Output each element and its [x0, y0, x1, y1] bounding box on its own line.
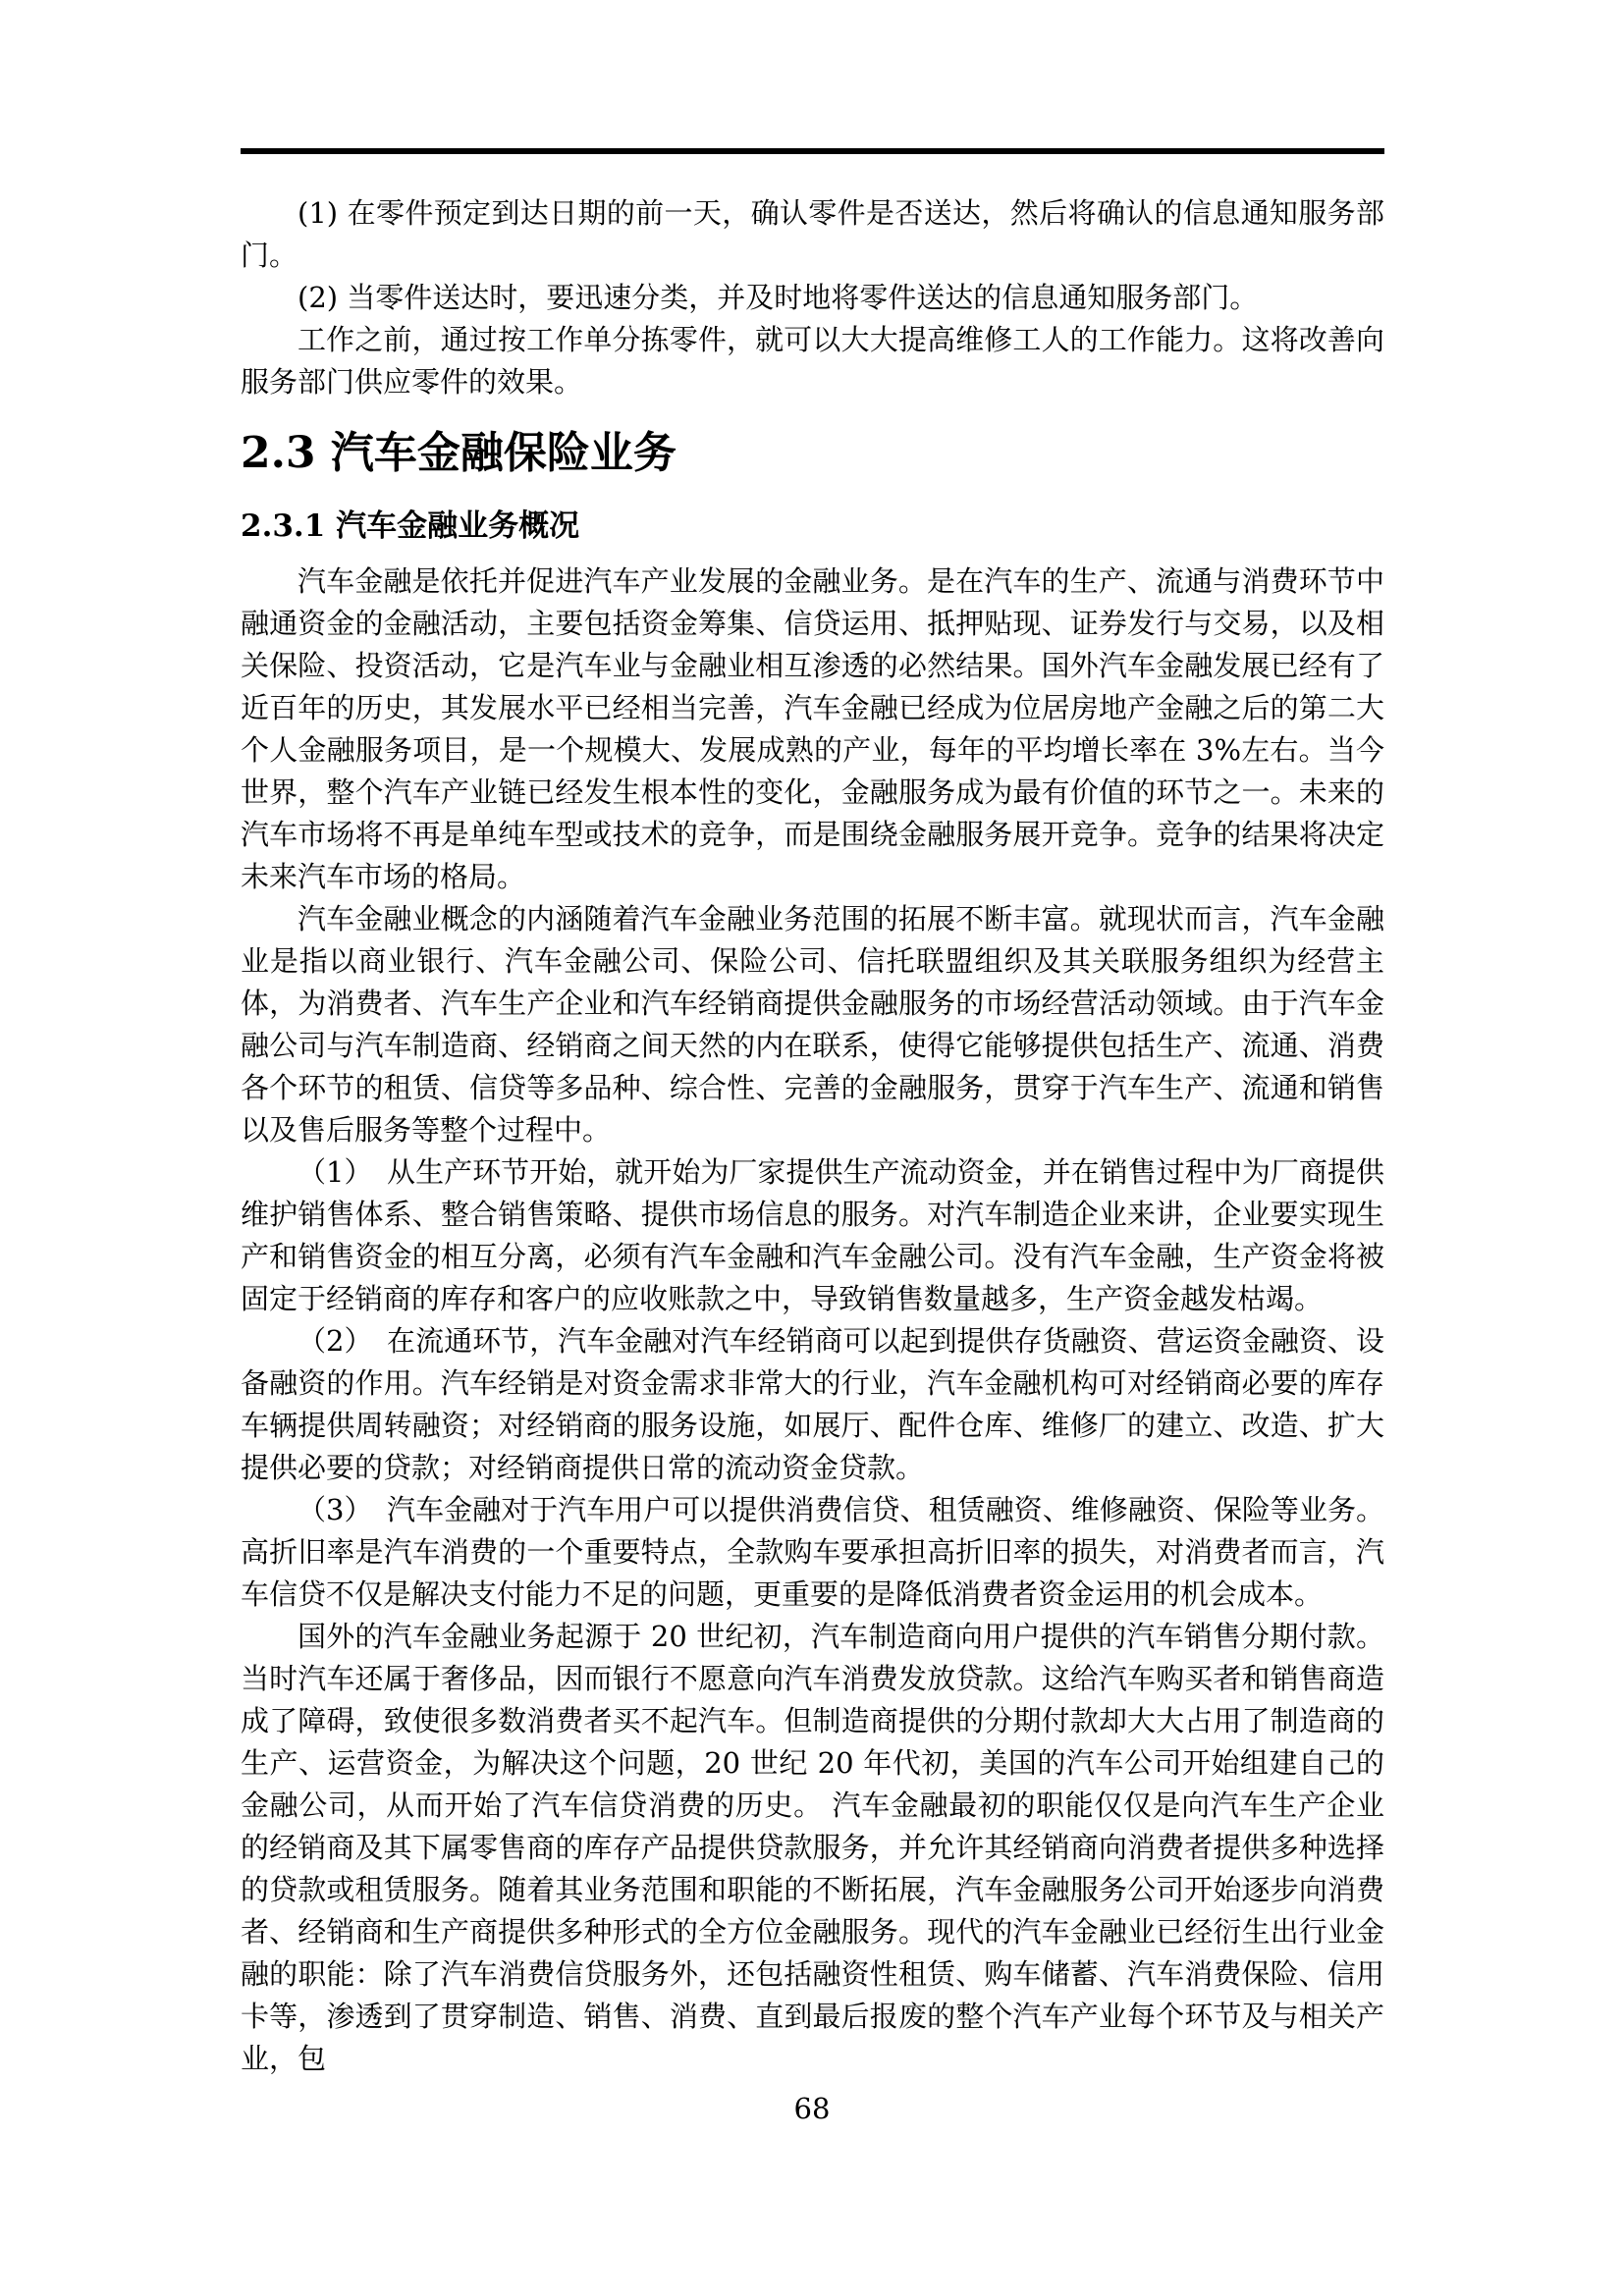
- header-rule-divider: [241, 148, 1384, 154]
- body-paragraph-3: （1） 从生产环节开始，就开始为厂家提供生产流动资金，并在销售过程中为厂商提供维…: [241, 1151, 1384, 1320]
- body-paragraph-2: 汽车金融业概念的内涵随着汽车金融业务范围的拓展不断丰富。就现状而言，汽车金融业是…: [241, 898, 1384, 1151]
- body-paragraph-6: 国外的汽车金融业务起源于 20 世纪初，汽车制造商向用户提供的汽车销售分期付款。…: [241, 1616, 1384, 2080]
- body-paragraph-4: （2） 在流通环节，汽车金融对汽车经销商可以起到提供存货融资、营运资金融资、设备…: [241, 1320, 1384, 1489]
- intro-paragraph-2: (2) 当零件送达时，要迅速分类，并及时地将零件送达的信息通知服务部门。: [241, 277, 1384, 319]
- section-heading: 2.3 汽车金融保险业务: [241, 425, 1384, 482]
- body-paragraph-5: （3） 汽车金融对于汽车用户可以提供消费信贷、租赁融资、维修融资、保险等业务。高…: [241, 1489, 1384, 1616]
- intro-paragraph-1: (1) 在零件预定到达日期的前一天，确认零件是否送达，然后将确认的信息通知服务部…: [241, 192, 1384, 277]
- body-paragraph-1: 汽车金融是依托并促进汽车产业发展的金融业务。是在汽车的生产、流通与消费环节中融通…: [241, 561, 1384, 898]
- subsection-heading: 2.3.1 汽车金融业务概况: [241, 506, 1384, 547]
- document-page: (1) 在零件预定到达日期的前一天，确认零件是否送达，然后将确认的信息通知服务部…: [0, 0, 1624, 2296]
- page-number: 68: [0, 2089, 1624, 2128]
- intro-paragraph-3: 工作之前，通过按工作单分拣零件，就可以大大提高维修工人的工作能力。这将改善向服务…: [241, 319, 1384, 403]
- page-content: (1) 在零件预定到达日期的前一天，确认零件是否送达，然后将确认的信息通知服务部…: [241, 192, 1384, 2080]
